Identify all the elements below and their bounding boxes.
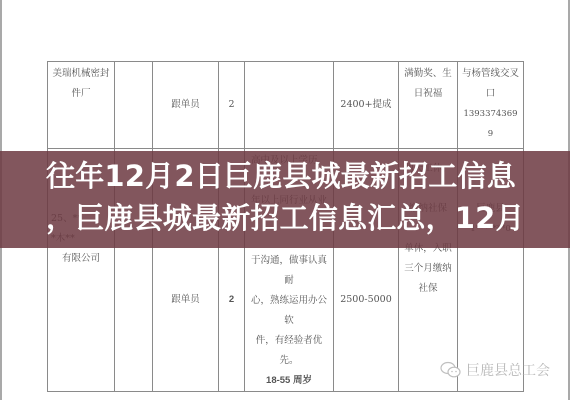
headline-line-2: ，巨鹿县城最新招工信息汇总，12月 <box>46 197 570 239</box>
requirements-cell <box>245 62 334 149</box>
article-headline: 往年12月2日巨鹿县城最新招工信息 ，巨鹿县城最新招工信息汇总，12月 <box>46 155 570 239</box>
watermark-text: 巨鹿县总工会 <box>466 360 550 380</box>
count-cell: 2 <box>219 62 245 149</box>
empty-cell <box>115 62 153 149</box>
salary-cell: 2400+提成 <box>334 62 399 149</box>
watermark: 巨鹿县总工会 <box>440 360 550 380</box>
company-cell: 美瑞机械密封 件厂 <box>48 62 115 149</box>
position-cell: 跟单员 <box>153 62 219 149</box>
benefits-cell: 满勤奖、生 日祝福 <box>399 62 458 149</box>
contact-cell: 与杨管线交叉 口 13933743699 <box>458 62 524 149</box>
wechat-icon <box>440 361 462 379</box>
table-row: 美瑞机械密封 件厂 跟单员 2 2400+提成 满勤奖、生 日祝福 与杨管线交叉… <box>48 62 524 149</box>
headline-line-1: 往年12月2日巨鹿县城最新招工信息 <box>46 155 570 197</box>
